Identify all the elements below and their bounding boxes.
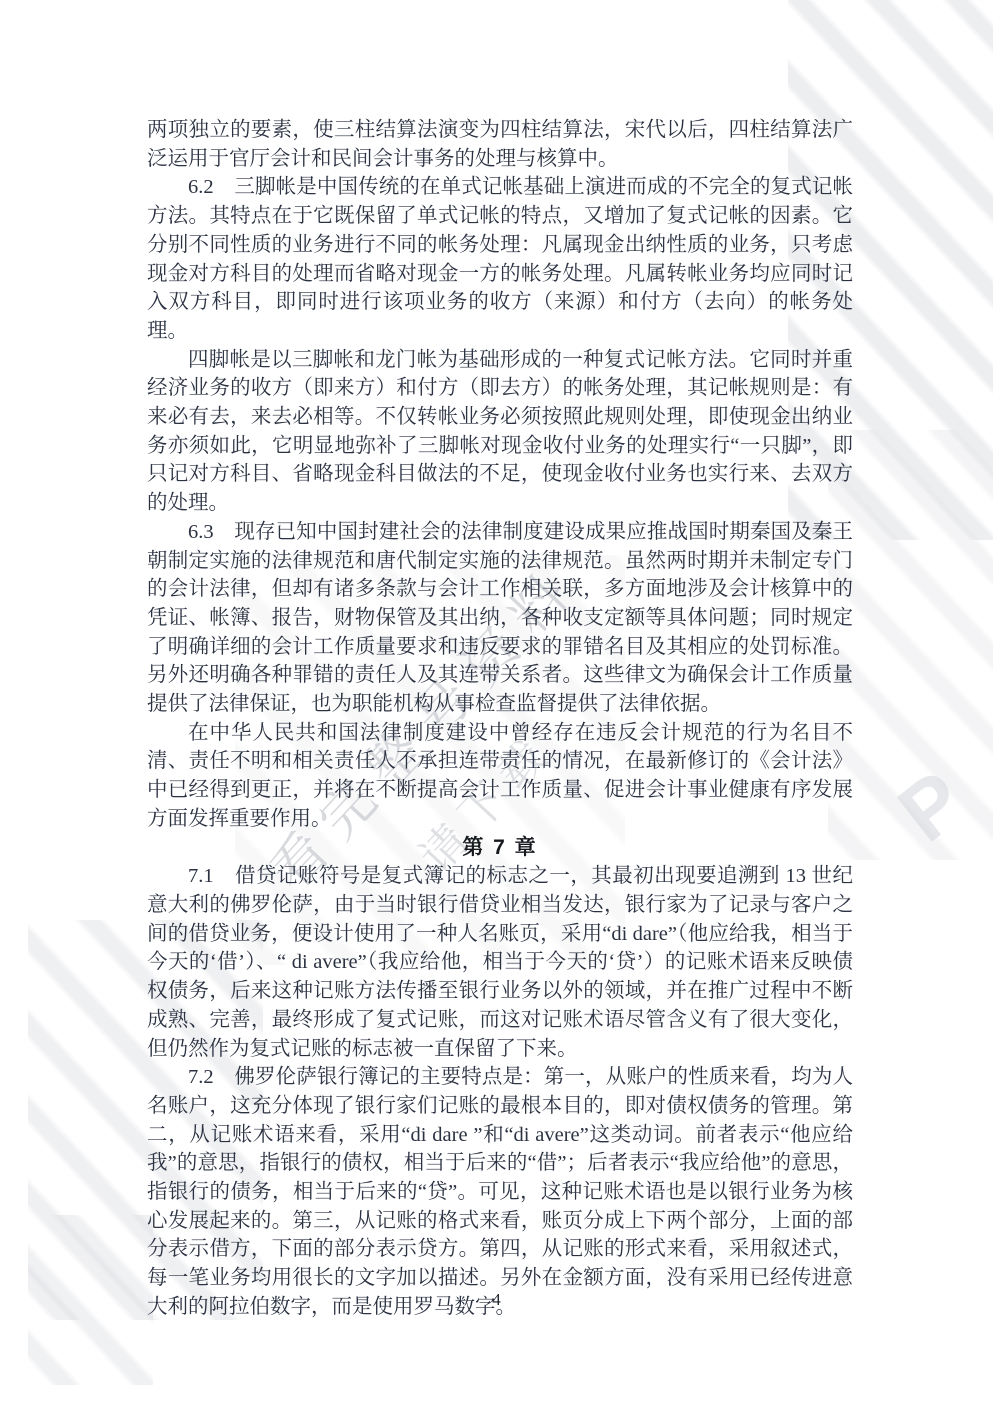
paragraph-7-1: 7.1 借贷记账符号是复式簿记的标志之一，其最初出现要追溯到 13 世纪意大利的… [147,862,853,1063]
paragraph-continuation: 两项独立的要素，使三柱结算法演变为四柱结算法，宋代以后，四柱结算法广泛运用于官厅… [147,116,853,173]
document-page: 看完整号资料 请下载 P 两项独立的要素，使三柱结算法演变为四柱结算法，宋代以后… [0,0,993,1404]
chapter-heading: 第 7 章 [147,834,853,863]
paragraph-6-2: 6.2 三脚帐是中国传统的在单式记帐基础上演进而成的不完全的复式记帐方法。其特点… [147,173,853,345]
watermark-letter: P [882,753,983,861]
paragraph-sijiao: 四脚帐是以三脚帐和龙门帐为基础形成的一种复式记帐方法。它同时并重经济业务的收方（… [147,346,853,518]
page-number: 4 [0,1290,993,1310]
paragraph-6-3: 6.3 现存已知中国封建社会的法律制度建设成果应推战国时期秦国及秦王朝制定实施的… [147,518,853,719]
paragraph-law: 在中华人民共和国法律制度建设中曾经存在违反会计规范的行为名目不清、责任不明和相关… [147,719,853,834]
text-block: 两项独立的要素，使三柱结算法演变为四柱结算法，宋代以后，四柱结算法广泛运用于官厅… [147,116,853,1322]
paragraph-7-2: 7.2 佛罗伦萨银行簿记的主要特点是：第一，从账户的性质来看，均为人名账户，这充… [147,1063,853,1321]
